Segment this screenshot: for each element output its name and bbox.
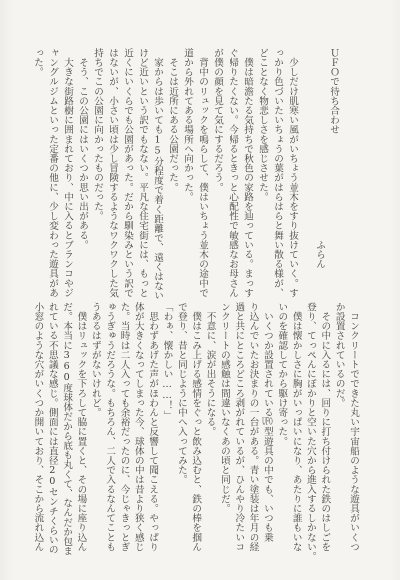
text-column: はないが、小さい頃は少し冒険するようなワクワクした気 — [105, 48, 120, 300]
text-column: ャングルジムといった定番の他に、少し変わった遊具があ — [45, 48, 60, 300]
text-column: どことなく物悲しさを感じさせた。 — [255, 48, 270, 300]
text-column: か設置されているのだ。 — [331, 302, 345, 554]
text-column: 小窓のような穴がいくつか開いており、そこから流れ込ん — [30, 302, 44, 554]
text-column: いくつか設置されているUFO型遊具の中でも、いつも乗 — [260, 302, 274, 554]
text-column: が僕の顔を見て気にするだろう。 — [210, 48, 225, 300]
tatechuyoko-ufo: UFO — [262, 417, 273, 427]
text-column: ぐ帰りたくない。今帰るときっと心配性で敏感なお母さん — [225, 48, 240, 300]
text-column: 道から外れてある場所へ向かった。 — [180, 48, 195, 300]
text-column: っかり色づいたいちょうの葉がはらはらと舞い散る様が、 — [270, 48, 285, 300]
text-column: 僕はリュックを下ろして脇に置くと、その場に座り込ん — [73, 302, 87, 554]
text-column: ンクリートの感触は間違いなくあの頃と同じだ。 — [217, 302, 231, 554]
author-name: ふらん — [313, 240, 326, 269]
text-column: た。当時は二人入っても余裕だったのに、今じゃきっとぎ — [116, 302, 130, 554]
text-column: 家からは歩いても15分程度で着く距離で、遠くはない — [150, 48, 165, 300]
top-text-band: 少しだけ肌寒い風がいちょう並木をすり抜けていく。すっかり色づいたいちょうの葉がは… — [30, 48, 300, 300]
story-title: ＵＦＯで待ち合わせ — [327, 48, 340, 134]
text-column: れている不思議な感じ。側面には直径20センチくらいの — [44, 302, 58, 554]
text-column: 僕は暗澹たる気持ちで秋色の家路を辿っている。まっす — [240, 48, 255, 300]
text-column: うあるはずがないけれど。 — [87, 302, 101, 554]
manuscript-page: ＵＦＯで待ち合わせ ふらん 少しだけ肌寒い風がいちょう並木をすり抜けていく。すっ… — [0, 0, 400, 580]
text-column: った。 — [30, 48, 45, 300]
text-column: 登り、てっぺんにぽかりと空いた穴から進入するしかない。 — [303, 302, 317, 554]
text-column: 過と共にところどころ剥がれているが、ひんやり冷たいコ — [231, 302, 245, 554]
text-column: いのを確認してから駆け寄った。 — [274, 302, 288, 554]
text-column: 思わずあげた声がほわんと反響して聞こえる。やっぱり — [145, 302, 159, 554]
text-column: その中に入るには、回りに打ち付けられた鉄のはしごを — [317, 302, 331, 554]
text-column: 体が大きくなってしまった今、球体の中は昔より狭く感じ — [131, 302, 145, 554]
text-column: 少しだけ肌寒い風がいちょう並木をすり抜けていく。す — [285, 48, 300, 300]
text-column: ゅうぎゅうだろうな。もちろん、二人で入るなんてことも — [102, 302, 116, 554]
text-column: 僕は懐かしさに胸がいっぱいになり、あたりに誰もいな — [288, 302, 302, 554]
text-column: そう、この公園にはいくつか思い出がある。 — [75, 48, 90, 300]
text-column: で登り、昔と同じように中へ入ってみた。 — [174, 302, 188, 554]
text-column: だ。本当に360度球体だから底も丸くて、なんだか包ま — [59, 302, 73, 554]
text-column: けど近いという訳でもなない。平凡な住宅街には、もっと — [135, 48, 150, 300]
text-column: 「わぁ、懐かしい……！」 — [159, 302, 173, 554]
text-column: 不意に、涙が出そうになる。 — [202, 302, 216, 554]
text-column: 僕はこみ上げる感情をぐっと飲み込むと、鉄の棒を掴ん — [188, 302, 202, 554]
text-column: コンクリートでできた丸い宇宙船のような遊具がいくつ — [346, 302, 360, 554]
text-column: そこは近所にある公園だった。 — [165, 48, 180, 300]
text-column: 大きな街路樹に囲まれており、中に入るとブランコやジ — [60, 48, 75, 300]
text-column: 近くにいくらでも公園があった。だから馴染みという訳で — [120, 48, 135, 300]
bottom-text-band: コンクリートでできた丸い宇宙船のような遊具がいくつか設置されているのだ。 その中… — [30, 302, 360, 554]
text-column: 背中のリュックを鳴らして、僕はいちょう並木の途中で — [195, 48, 210, 300]
text-column: り込んでいたお決まりの一台がある。青い塗装は年月の経 — [245, 302, 259, 554]
text-column: 持ちでこの公園に向かったものだった。 — [90, 48, 105, 300]
